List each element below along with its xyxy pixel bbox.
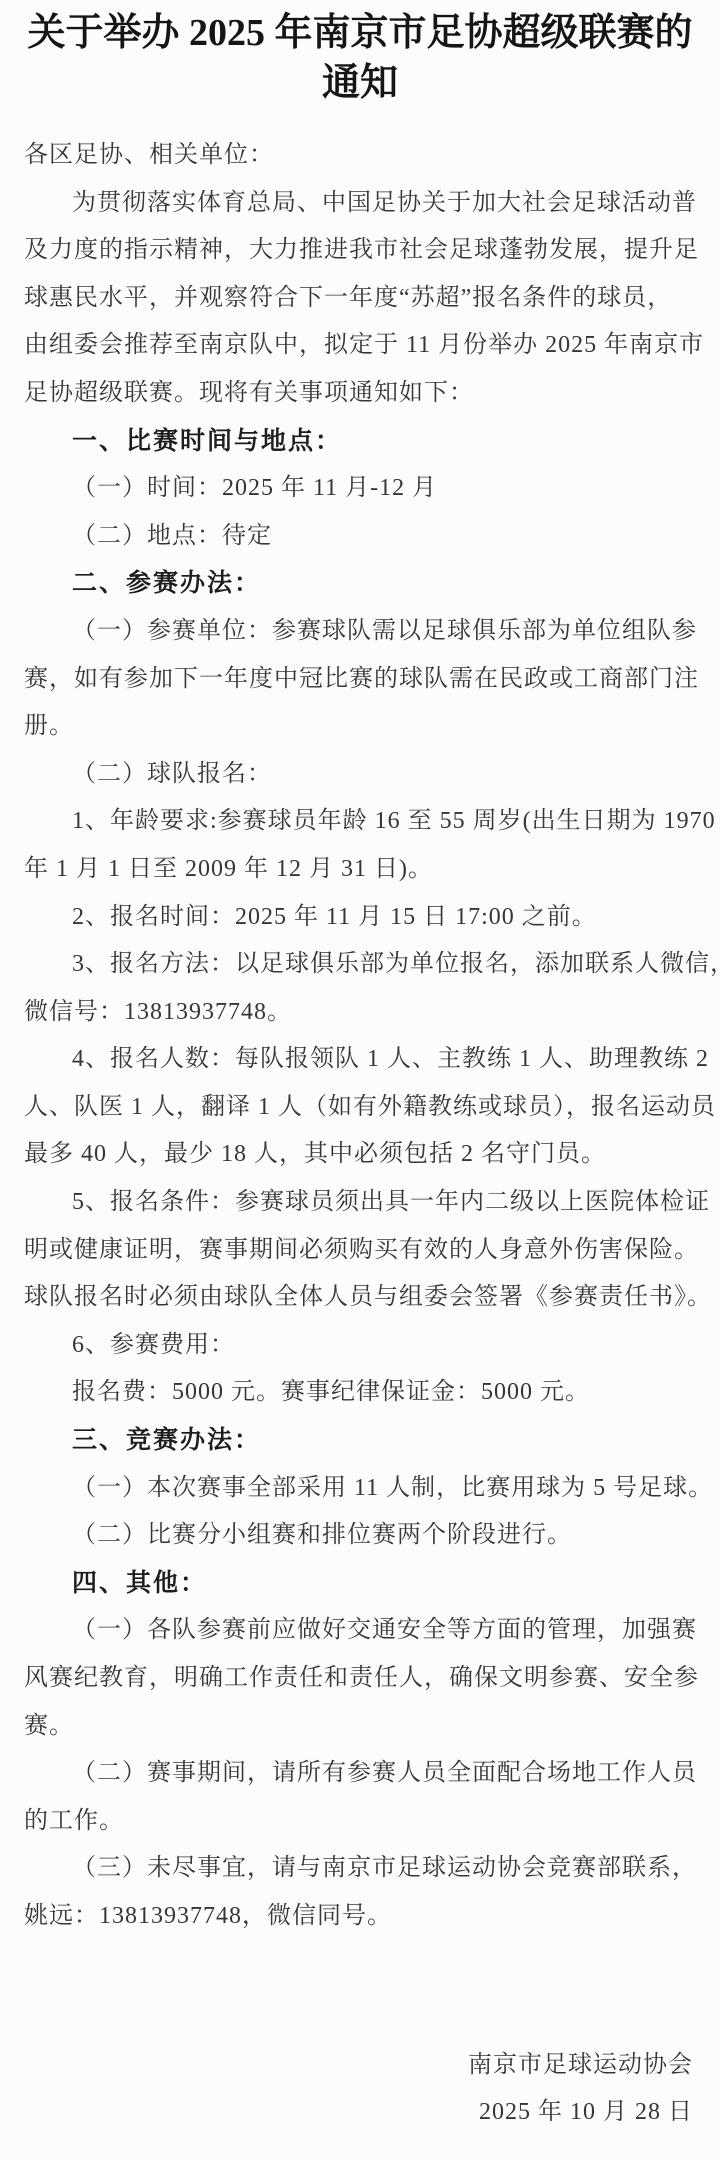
text-line: （二）赛事期间，请所有参赛人员全面配合场地工作人员 [24, 1750, 693, 1798]
text-line: （二）地点：待定 [24, 513, 693, 561]
text-line: 3、报名方法：以足球俱乐部为单位报名，添加联系人微信， [24, 941, 693, 989]
text-line: 赛，如有参加下一年度中冠比赛的球队需在民政或工商部门注 [24, 656, 693, 704]
text-line: （一）各队参赛前应做好交通安全等方面的管理，加强赛 [24, 1607, 693, 1655]
section-heading: 一、比赛时间与地点： [24, 418, 693, 466]
section-heading: 二、参赛办法： [24, 560, 693, 608]
section-heading: 四、其他： [24, 1560, 693, 1608]
text-line: 风赛纪教育，明确工作责任和责任人，确保文明参赛、安全参 [24, 1655, 693, 1703]
text-line: 最多 40 人，最少 18 人，其中必须包括 2 名守门员。 [24, 1131, 693, 1179]
section-heading: 三、竞赛办法： [24, 1417, 693, 1465]
text-line: 及力度的指示精神，大力推进我市社会足球蓬勃发展，提升足 [24, 227, 693, 275]
text-line: （二）比赛分小组赛和排位赛两个阶段进行。 [24, 1512, 693, 1560]
text-line: 微信号：13813937748。 [24, 989, 693, 1037]
text-line: 球队报名时必须由球队全体人员与组委会签署《参赛责任书》。 [24, 1274, 693, 1322]
text-line: 5、报名条件：参赛球员须出具一年内二级以上医院体检证 [24, 1179, 693, 1227]
text-line: 报名费：5000 元。赛事纪律保证金：5000 元。 [24, 1369, 693, 1417]
text-line: （二）球队报名： [24, 751, 693, 799]
text-line: 1、年龄要求:参赛球员年龄 16 至 55 周岁(出生日期为 1970 [24, 798, 693, 846]
text-line: 赛。 [24, 1703, 693, 1751]
notice-document: 关于举办 2025 年南京市足协超级联赛的通知 各区足协、相关单位：为贯彻落实体… [0, 0, 720, 2160]
signature-date: 2025 年 10 月 28 日 [24, 2089, 693, 2137]
document-body: 各区足协、相关单位：为贯彻落实体育总局、中国足协关于加大社会足球活动普及力度的指… [24, 132, 693, 2137]
text-line: 2、报名时间：2025 年 11 月 15 日 17:00 之前。 [24, 894, 693, 942]
text-line: 为贯彻落实体育总局、中国足协关于加大社会足球活动普 [24, 180, 693, 228]
text-line: （一）参赛单位：参赛球队需以足球俱乐部为单位组队参 [24, 608, 693, 656]
text-line: 册。 [24, 703, 693, 751]
text-line: 6、参赛费用： [24, 1322, 693, 1370]
text-line: 球惠民水平，并观察符合下一年度“苏超”报名条件的球员， [24, 275, 693, 323]
page-title: 关于举办 2025 年南京市足协超级联赛的通知 [14, 8, 706, 108]
text-line: 各区足协、相关单位： [24, 132, 693, 180]
signature-block: 南京市足球运动协会 2025 年 10 月 28 日 [24, 2042, 693, 2137]
text-line: 的工作。 [24, 1798, 693, 1846]
text-line: （一）时间：2025 年 11 月-12 月 [24, 465, 693, 513]
text-line: （三）未尽事宜，请与南京市足球运动协会竞赛部联系， [24, 1845, 693, 1893]
signature-org: 南京市足球运动协会 [24, 2042, 693, 2090]
text-line: （一）本次赛事全部采用 11 人制，比赛用球为 5 号足球。 [24, 1465, 693, 1513]
text-line: 年 1 月 1 日至 2009 年 12 月 31 日)。 [24, 846, 693, 894]
text-line: 人、队医 1 人，翻译 1 人（如有外籍教练或球员），报名运动员 [24, 1084, 693, 1132]
text-line: 明或健康证明，赛事期间必须购买有效的人身意外伤害保险。 [24, 1227, 693, 1275]
text-line: 足协超级联赛。现将有关事项通知如下： [24, 370, 693, 418]
text-line: 4、报名人数：每队报领队 1 人、主教练 1 人、助理教练 2 [24, 1036, 693, 1084]
text-line: 姚远：13813937748，微信同号。 [24, 1893, 693, 1941]
text-line: 由组委会推荐至南京队中，拟定于 11 月份举办 2025 年南京市 [24, 322, 693, 370]
